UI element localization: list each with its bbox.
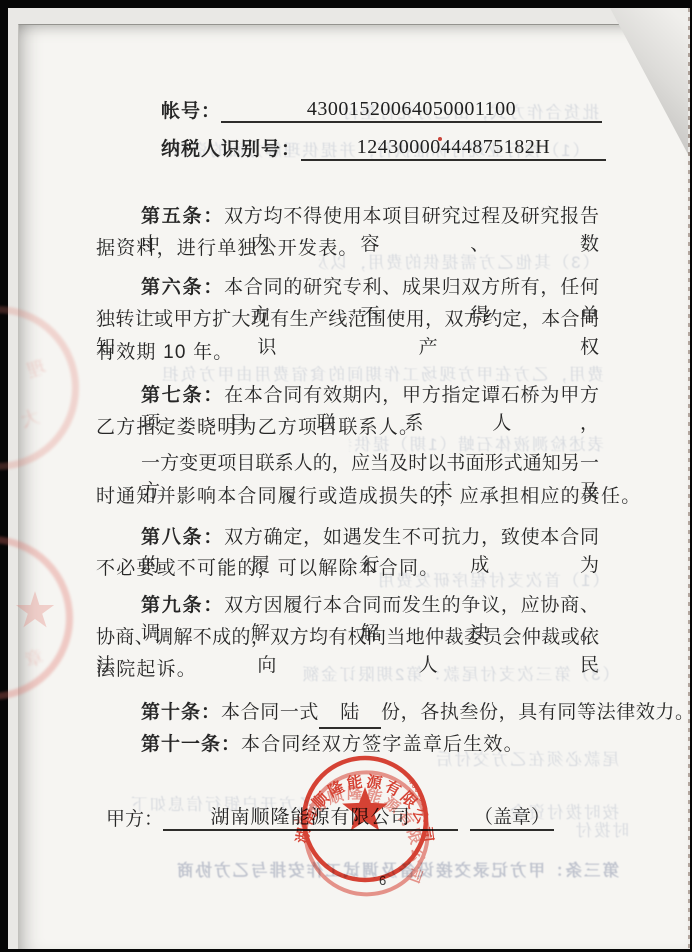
account-value: 43001520064050001100: [221, 98, 602, 123]
seal-note: （盖章）: [470, 802, 554, 831]
article-6-line-1: 第六条：本合同的研究专利、成果归双方所有，任何一方不得单: [141, 274, 599, 302]
article-10-line: 第十条：本合同一式陆份，各执叁份，具有同等法律效力。: [141, 699, 692, 727]
taxpayer-id-label: 纳税人识别号：: [161, 134, 301, 161]
article-10-copies-value: 陆: [319, 699, 381, 729]
company-seal: 湖南顺隆能源有限公司 43040750 湖南顺隆能源有限公司: [280, 734, 450, 904]
article-11-label: 第十一条：: [141, 734, 241, 755]
article-5-line-1: 第五条：双方均不得使用本项目研究过程及研究报告中内容、数: [141, 203, 599, 231]
account-number-row: 帐号： 43001520064050001100: [161, 93, 602, 123]
article-9-label: 第九条：: [141, 595, 224, 616]
article-10-post: 份，各执叁份，具有同等法律效力。: [381, 702, 692, 723]
article-6-line-2: 独转让或甲方扩大现有生产线范围使用，双方约定，本合同知识产权: [96, 306, 599, 334]
scanned-contract-page: 批货合作方式，由乙方先行垫付 （1）按行业现行标准执行，并提供理解方面的资料 （…: [0, 0, 692, 952]
page-right-edge: [688, 8, 690, 949]
taxpayer-id-value: 12430000444875182H: [301, 136, 606, 161]
article-8-line-1: 第八条：双方确定，如遇发生不可抗力，致使本合同的履行成为: [141, 524, 599, 552]
paper-page: 批货合作方式，由乙方先行垫付 （1）按行业现行标准执行，并提供理解方面的资料 （…: [18, 24, 690, 949]
article-6-line-3: 有效期 10 年。: [96, 339, 234, 367]
article-7-para-2-line-2: 时通知并影响本合同履行或造成损失的，应承担相应的责任。: [96, 483, 641, 511]
scanner-bed: 批货合作方式，由乙方先行垫付 （1）按行业现行标准执行，并提供理解方面的资料 （…: [8, 8, 690, 949]
article-7-line-1: 第七条：在本合同有效期内，甲方指定谭石桥为甲方项目联系人，: [141, 382, 599, 410]
article-5-label: 第五条：: [141, 206, 224, 227]
article-5-line-2: 据资料，进行单独公开发表。: [96, 235, 359, 263]
article-10-pre: 本合同一式: [221, 702, 319, 723]
article-7-label: 第七条：: [141, 385, 224, 406]
article-9-line-3: 法院起诉。: [96, 656, 197, 684]
article-6-label: 第六条：: [141, 277, 224, 298]
seal-bleed-ring: [0, 306, 79, 470]
taxpayer-id-row: 纳税人识别号： 12430000444875182H: [161, 131, 606, 161]
article-10-label: 第十条：: [141, 702, 221, 723]
article-8-line-2: 不必要或不可能的，可以解除本合同。: [96, 555, 439, 583]
article-8-label: 第八条：: [141, 527, 224, 548]
article-7-line-2: 乙方指定娄晓明为乙方项目联系人。: [96, 414, 419, 442]
party-a-label: 甲方：: [106, 804, 163, 831]
article-9-line-1: 第九条：双方因履行本合同而发生的争议，应协商、调解解决。: [141, 592, 599, 620]
article-9-line-2: 协商、调解不成的，双方均有权向当地仲裁委员会仲裁或依法向人民: [96, 624, 599, 652]
article-7-para-2-line-1: 一方变更项目联系人的，应当及时以书面形式通知另一方，未及: [141, 450, 599, 478]
account-label: 帐号：: [161, 96, 221, 123]
